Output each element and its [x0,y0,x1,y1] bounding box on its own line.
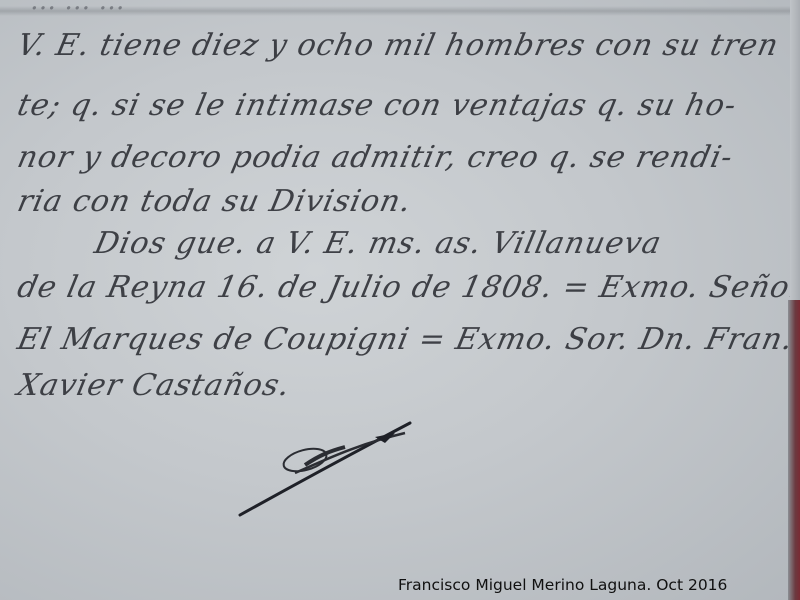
manuscript-line-1: V. E. tiene diez y ocho mil hombres con … [14,28,782,63]
frame-edge-red [788,300,800,600]
manuscript-line-4: ria con toda su Division. [14,184,415,219]
faded-previous-line: … … … [30,0,125,16]
manuscript-line-3: nor y decoro podia admitir, creo q. se r… [14,140,736,175]
frame-edge-upper [790,0,800,300]
photo-credit-watermark: Francisco Miguel Merino Laguna. Oct 2016 [398,576,727,594]
signature-rubric-icon [235,415,425,525]
manuscript-line-6: de la Reyna 16. de Julio de 1808. = Exmo… [14,270,790,305]
manuscript-line-5: Dios gue. a V. E. ms. as. Villanueva [91,226,665,261]
manuscript-line-7: El Marques de Coupigni = Exmo. Sor. Dn. … [14,322,790,357]
manuscript-line-2: te; q. si se le intimase con ventajas q.… [14,88,740,123]
manuscript-page: … … … V. E. tiene diez y ocho mil hombre… [0,0,790,600]
manuscript-line-8: Xavier Castaños. [14,368,293,403]
